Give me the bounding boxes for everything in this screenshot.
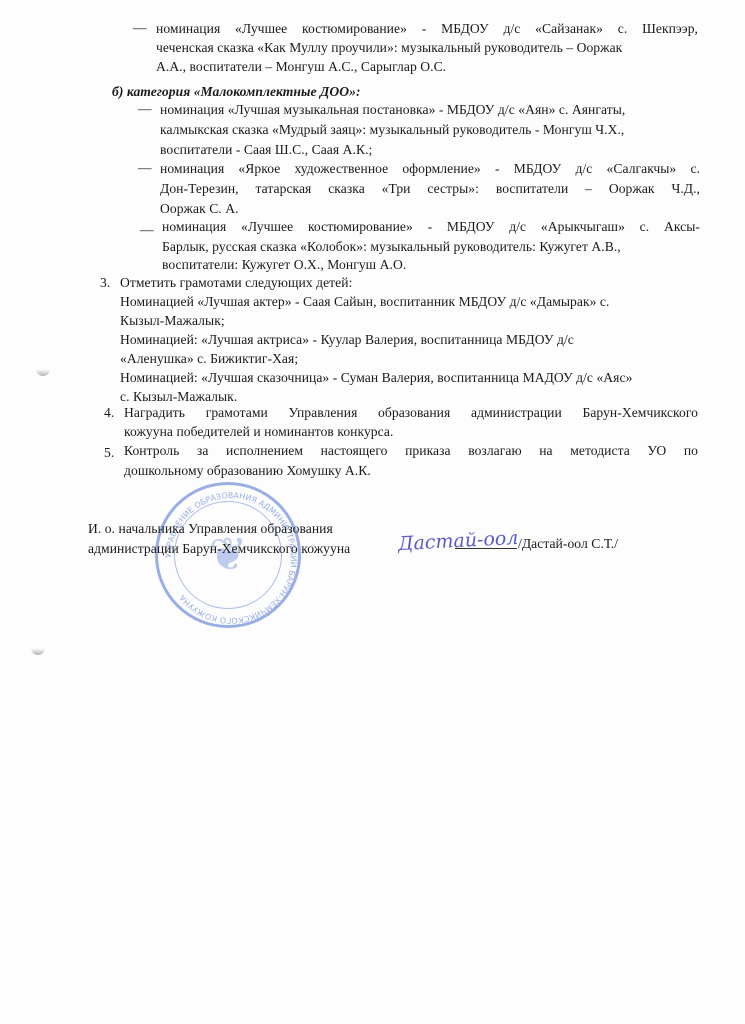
text-line: номинация «Лучшая музыкальная постановка… [160,101,625,119]
text-line: номинация «Лучшее костюмирование» - МБДО… [156,20,698,38]
text-line: Дон-Терезин, татарская сказка «Три сестр… [160,180,700,198]
text-line: кожууна победителей и номинантов конкурс… [124,423,393,441]
signature-line [455,548,517,549]
signatory-title: администрации Барун-Хемчикского кожууна [88,540,350,558]
text-line: Контроль за исполнением настоящего прика… [124,442,698,460]
dash-bullet: — [140,222,154,238]
category-heading: б) категория «Малокомплектные ДОО»: [112,83,361,101]
svg-text:УПРАВЛЕНИЕ ОБРАЗОВАНИЯ АДМИНИС: УПРАВЛЕНИЕ ОБРАЗОВАНИЯ АДМИНИСТРАЦИИ БАР… [164,491,298,625]
text-line: чеченская сказка «Как Муллу проучили»: м… [156,39,698,57]
stamp-text-ring: УПРАВЛЕНИЕ ОБРАЗОВАНИЯ АДМИНИСТРАЦИИ БАР… [158,485,304,631]
text-line: А.А., воспитатели – Монгуш А.С., Сарыгла… [156,58,446,76]
handwritten-signature: Дастай-оол [398,527,519,555]
text-line: Наградить грамотами Управления образован… [124,404,698,422]
dash-bullet: — [133,20,147,36]
hole-punch-mark [31,648,45,655]
list-number: 5. [104,444,114,462]
text-line: Номинацией: «Лучшая актриса» - Куулар Ва… [120,331,574,349]
text-line: Отметить грамотами следующих детей: [120,274,352,292]
text-line: номинация «Яркое художественное оформлен… [160,160,700,178]
text-line: Барлык, русская сказка «Колобок»: музыка… [162,238,621,256]
signatory-title: И. о. начальника Управления образования [88,520,333,538]
text-line: Номинацией «Лучшая актер» - Саая Сайын, … [120,293,609,311]
text-line: Номинацией: «Лучшая сказочница» - Суман … [120,369,632,387]
text-line: калмыкская сказка «Мудрый заяц»: музыкал… [160,121,624,139]
text-line: номинация «Лучшее костюмирование» - МБДО… [162,218,700,236]
list-number: 4. [104,404,114,422]
text-line: воспитатели: Кужугет О.Х., Монгуш А.О. [162,256,406,274]
dash-bullet: — [138,160,152,176]
hole-punch-mark [36,369,50,376]
document-page: — номинация «Лучшее костюмирование» - МБ… [0,0,745,1024]
dash-bullet: — [138,101,152,117]
text-line: Ооржак С. А. [160,200,239,218]
text-line: Кызыл-Мажалык; [120,312,225,330]
signatory-name: /Дастай-оол С.Т./ [518,535,618,553]
text-line: «Аленушка» с. Бижиктиг-Хая; [120,350,298,368]
text-line: дошкольному образованию Хомушку А.К. [124,462,371,480]
text-line: воспитатели - Саая Ш.С., Саая А.К.; [160,141,372,159]
list-number: 3. [100,274,110,292]
